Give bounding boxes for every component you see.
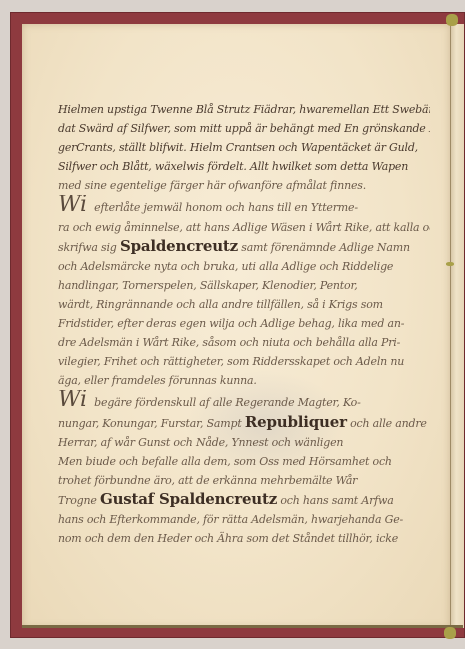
text-segment: och hans samt Arfwa bbox=[277, 494, 394, 507]
text-line: hans och Efterkommande, för rätta Adelsm… bbox=[58, 510, 430, 529]
highlighted-word: Republiquer bbox=[245, 413, 347, 431]
text-line: gerCrants, ställt blifwit. Hielm Crantse… bbox=[58, 138, 430, 157]
page-edge bbox=[22, 625, 463, 628]
text-segment: nungar, Konungar, Furstar, Sampt bbox=[58, 417, 245, 430]
text-line: trohet förbundne äro, att de erkänna meh… bbox=[58, 471, 430, 490]
text-line: dat Swärd af Silfwer, som mitt uppå är b… bbox=[58, 119, 430, 138]
text-line: Hielmen upstiga Twenne Blå Strutz Fiädra… bbox=[58, 100, 430, 119]
text-line: med sine egentelige färger här ofwanföre… bbox=[58, 176, 430, 195]
text-segment: begäre fördenskull af alle Regerande Mag… bbox=[91, 396, 361, 409]
text-segment: samt förenämnde Adlige Namn bbox=[238, 241, 410, 254]
text-segment: skrifwa sig bbox=[58, 241, 120, 254]
manuscript-text: Hielmen upstiga Twenne Blå Strutz Fiädra… bbox=[58, 100, 430, 548]
text-line: nom och dem den Heder och Ähra som det S… bbox=[58, 529, 430, 548]
text-line: Silfwer och Blått, wäxelwis fördelt. All… bbox=[58, 157, 430, 176]
text-line: Wi begäre fördenskull af alle Regerande … bbox=[58, 390, 430, 412]
text-line: wärdt, Ringrännande och alla andre tillf… bbox=[58, 295, 430, 314]
text-line: äga, eller framdeles förunnas kunna. bbox=[58, 371, 430, 390]
family-name: Spaldencreutz bbox=[120, 237, 238, 255]
decorated-initial: Wi bbox=[58, 195, 87, 217]
person-name: Gustaf Spaldencreutz bbox=[100, 490, 277, 508]
text-line: nungar, Konungar, Furstar, Sampt Republi… bbox=[58, 413, 430, 433]
text-segment: och alle andre bbox=[347, 417, 427, 430]
text-line: och Adelsmärcke nyta och bruka, uti alla… bbox=[58, 257, 430, 276]
page-gutter bbox=[450, 24, 464, 628]
text-line: Fridstider, efter deras egen wilja och A… bbox=[58, 314, 430, 333]
text-line: skrifwa sig Spaldencreutz samt förenämnd… bbox=[58, 237, 430, 257]
text-line: vilegier, Frihet och rättigheter, som Ri… bbox=[58, 352, 430, 371]
text-line: Wi efterlåte jemwäl honom och hans till … bbox=[58, 195, 430, 217]
binding-thread-middle bbox=[446, 262, 454, 266]
text-segment: Trogne bbox=[58, 494, 100, 507]
text-line: Herrar, af wår Gunst och Nåde, Ynnest oc… bbox=[58, 433, 430, 452]
text-line: handlingar, Tornerspelen, Sällskaper, Kl… bbox=[58, 276, 430, 295]
text-line: ra och ewig åminnelse, att hans Adlige W… bbox=[58, 218, 430, 237]
text-line: Trogne Gustaf Spaldencreutz och hans sam… bbox=[58, 490, 430, 510]
decorated-initial: Wi bbox=[58, 390, 87, 412]
binding-thread-top bbox=[446, 14, 458, 26]
text-line: dre Adelsmän i Wårt Rike, såsom och niut… bbox=[58, 333, 430, 352]
text-line: Men biude och befalle alla dem, som Oss … bbox=[58, 452, 430, 471]
binding-thread-bottom bbox=[444, 627, 456, 639]
text-segment: efterlåte jemwäl honom och hans till en … bbox=[91, 201, 358, 214]
